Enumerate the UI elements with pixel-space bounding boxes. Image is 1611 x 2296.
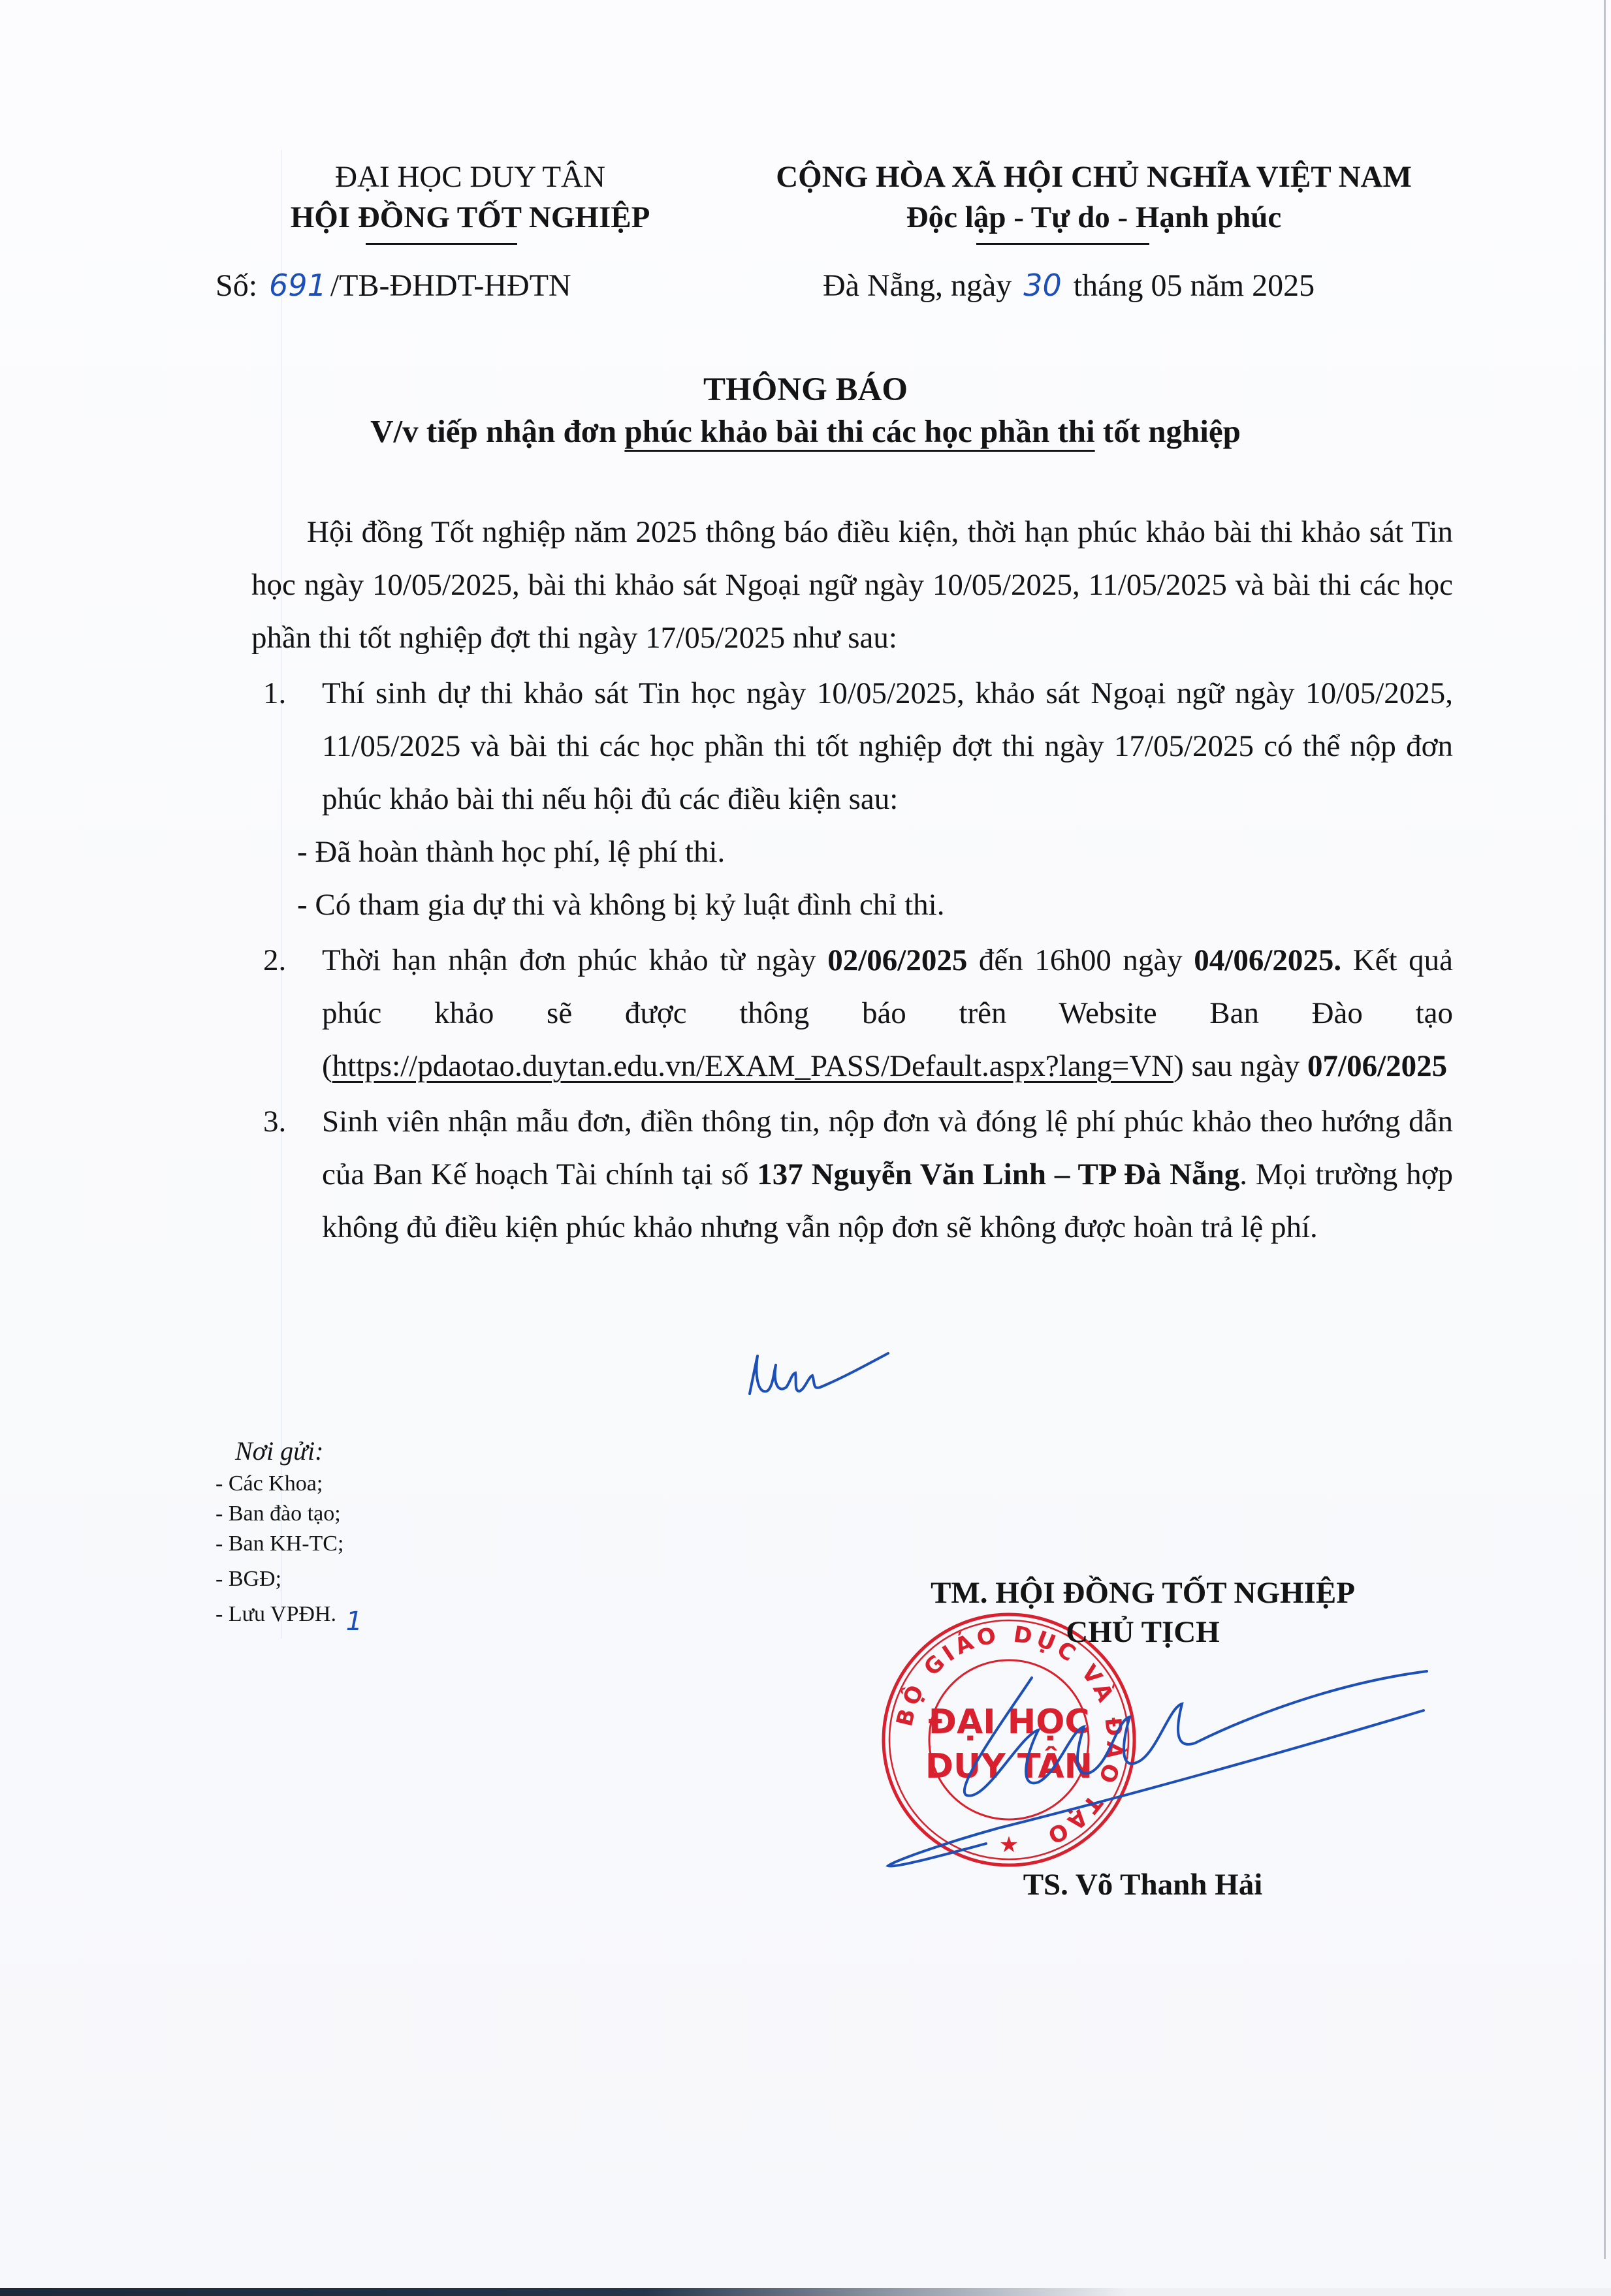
nation-name: CỘNG HÒA XÃ HỘI CHỦ NGHĨA VIỆT NAM	[718, 157, 1469, 197]
subject-before: V/v tiếp nhận đơn	[370, 413, 624, 449]
recipient-item: - Ban đào tạo;	[215, 1499, 366, 1529]
day-handwritten: 30	[1019, 268, 1066, 303]
item-text: Thí sinh dự thi khảo sát Tin học ngày 10…	[322, 667, 1453, 826]
result-date: 07/06/2025	[1307, 1049, 1447, 1083]
motto-underline	[976, 243, 1149, 245]
recipients-label: Nơi gửi:	[215, 1436, 366, 1466]
recipient-item: - Ban KH-TC;	[215, 1529, 366, 1559]
place-date-prefix: Đà Nẵng, ngày	[823, 268, 1012, 303]
doc-number-suffix: /TB-ĐHDT-HĐTN	[330, 268, 571, 303]
organization-name: ĐẠI HỌC DUY TÂN	[235, 157, 705, 197]
header-left: ĐẠI HỌC DUY TÂN HỘI ĐỒNG TỐT NGHIỆP	[235, 157, 705, 238]
list-item-1: 1. Thí sinh dự thi khảo sát Tin học ngày…	[251, 667, 1453, 826]
item-number: 1.	[263, 667, 286, 720]
on-behalf-of: TM. HỘI ĐỒNG TỐT NGHIỆP	[849, 1573, 1437, 1612]
header-right: CỘNG HÒA XÃ HỘI CHỦ NGHĨA VIỆT NAM Độc l…	[718, 157, 1469, 238]
place-date-suffix: tháng 05 năm 2025	[1074, 268, 1315, 303]
recipient-item: - Lưu VPĐH. 1	[215, 1599, 366, 1637]
national-motto: Độc lập - Tự do - Hạnh phúc	[718, 197, 1469, 238]
recipients: Nơi gửi: - Các Khoa; - Ban đào tạo; - Ba…	[215, 1436, 366, 1637]
date-to: 04/06/2025.	[1194, 943, 1341, 977]
scan-edge-bottom	[0, 2288, 1611, 2296]
document-body: Hội đồng Tốt nghiệp năm 2025 thông báo đ…	[251, 506, 1453, 1254]
chairman-signature-icon	[869, 1658, 1430, 1880]
recipient-text: - Lưu VPĐH.	[215, 1602, 336, 1626]
item-number: 3.	[263, 1095, 286, 1148]
date-from: 02/06/2025	[827, 943, 967, 977]
council-name: HỘI ĐỒNG TỐT NGHIỆP	[235, 197, 705, 238]
condition-1: - Đã hoàn thành học phí, lệ phí thi.	[251, 826, 1453, 879]
document-number: Số: 691/TB-ĐHDT-HĐTN	[215, 268, 571, 304]
results-url-link[interactable]: https://pdaotao.duytan.edu.vn/EXAM_PASS/…	[332, 1049, 1173, 1083]
item-text-part: ) sau ngày	[1173, 1049, 1307, 1083]
item-text: Sinh viên nhận mẫu đơn, điền thông tin, …	[322, 1095, 1453, 1254]
initials-signature-icon	[744, 1348, 895, 1400]
item-number: 2.	[263, 934, 286, 987]
doc-number-prefix: Số:	[215, 268, 257, 303]
intro-paragraph: Hội đồng Tốt nghiệp năm 2025 thông báo đ…	[251, 506, 1453, 665]
signer-name: TS. Võ Thanh Hải	[849, 1867, 1437, 1902]
signature-block: TM. HỘI ĐỒNG TỐT NGHIỆP CHỦ TỊCH	[849, 1573, 1437, 1652]
item-text-part: Thời hạn nhận đơn phúc khảo từ ngày	[322, 943, 827, 977]
document-page: ĐẠI HỌC DUY TÂN HỘI ĐỒNG TỐT NGHIỆP CỘNG…	[0, 0, 1611, 2296]
recipient-item: - Các Khoa;	[215, 1469, 366, 1499]
subject-underlined: phúc khảo bài thi các học phần thi	[624, 413, 1094, 449]
signer-position: CHỦ TỊCH	[849, 1612, 1437, 1652]
condition-2: - Có tham gia dự thi và không bị kỷ luật…	[251, 879, 1453, 932]
item-text: Thời hạn nhận đơn phúc khảo từ ngày 02/0…	[322, 934, 1453, 1093]
document-title: THÔNG BÁO	[0, 371, 1611, 409]
list-item-3: 3. Sinh viên nhận mẫu đơn, điền thông ti…	[251, 1095, 1453, 1254]
handwritten-copy-count: 1	[342, 1607, 366, 1637]
address: 137 Nguyễn Văn Linh – TP Đà Nẵng	[757, 1157, 1239, 1191]
scan-edge-right	[1604, 0, 1606, 2259]
item-text-part: đến 16h00 ngày	[967, 943, 1194, 977]
council-underline	[366, 243, 517, 245]
doc-number-handwritten: 691	[265, 268, 330, 303]
list-item-2: 2. Thời hạn nhận đơn phúc khảo từ ngày 0…	[251, 934, 1453, 1093]
subject-after: tốt nghiệp	[1095, 413, 1241, 449]
place-date: Đà Nẵng, ngày 30 tháng 05 năm 2025	[823, 268, 1315, 304]
document-subject: V/v tiếp nhận đơn phúc khảo bài thi các …	[0, 413, 1611, 450]
recipient-item: - BGĐ;	[215, 1564, 366, 1594]
